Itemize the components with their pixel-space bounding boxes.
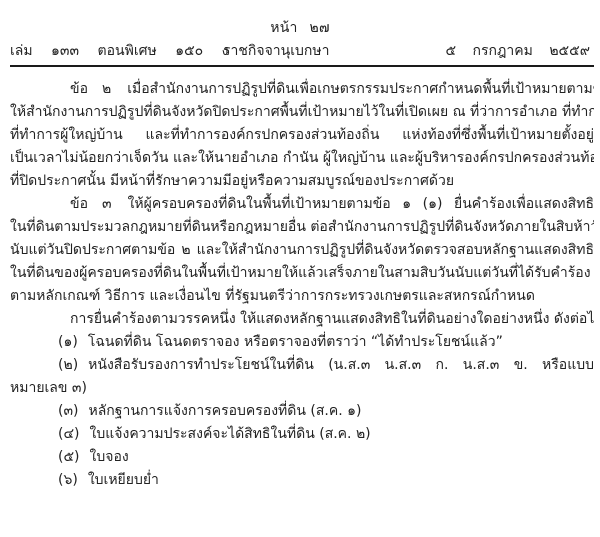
clause-2-line-3: ที่ทำการผู้ใหญ่บ้าน และที่ทำการองค์กรปกค… <box>10 124 594 147</box>
clause-2-line-5: ที่ปิดประกาศนั้น มีหน้าที่รักษาความมีอยู… <box>10 170 594 193</box>
page-number: หน้า๒๗ <box>0 17 600 39</box>
item-number: (๕) <box>58 449 80 465</box>
list-item-continuation: หมายเลข ๓) <box>10 377 594 400</box>
volume-number: ๑๓๓ <box>51 43 79 59</box>
item-number: (๓) <box>58 403 79 419</box>
volume-issue: เล่ม ๑๓๓ ตอนพิเศษ ๑๕๐ ง <box>10 40 243 62</box>
clause-3-line-1: ข้อ๓ให้ผู้ครอบครองที่ดินในพื้นที่เป้าหมา… <box>10 193 594 216</box>
clause-3-number: ๓ <box>102 196 112 212</box>
item-number: (๑) <box>58 334 78 350</box>
clause-2-text: เมื่อสำนักงานการปฏิรูปที่ดินเพื่อเกษตรกร… <box>127 81 594 97</box>
clause-3-label: ข้อ <box>70 196 88 212</box>
clause-2-number: ๒ <box>102 81 111 97</box>
list-item: (๑)โฉนดที่ดิน โฉนดตราจอง หรือตราจองที่ตร… <box>10 331 594 354</box>
issue-number: ๑๕๐ <box>175 43 203 59</box>
list-item: (๕)ใบจอง <box>10 446 594 469</box>
list-item: (๔)ใบแจ้งความประสงค์จะได้สิทธิในที่ดิน (… <box>10 423 594 446</box>
item-text: หนังสือรับรองการทำประโยชน์ในที่ดิน (น.ส.… <box>88 357 594 373</box>
list-item: (๓)หลักฐานการแจ้งการครอบครองที่ดิน (ส.ค.… <box>10 400 594 423</box>
item-text: โฉนดที่ดิน โฉนดตราจอง หรือตราจองที่ตราว่… <box>88 334 503 350</box>
clause-2-line-2: ให้สำนักงานการปฏิรูปที่ดินจังหวัดปิดประก… <box>10 101 594 124</box>
item-number: (๒) <box>58 357 78 373</box>
volume-label: เล่ม <box>10 43 33 59</box>
item-text: ใบแจ้งความประสงค์จะได้สิทธิในที่ดิน (ส.ค… <box>90 426 371 442</box>
item-text: ใบจอง <box>90 449 129 465</box>
page-number-value: ๒๗ <box>310 20 330 36</box>
gazette-page: หน้า๒๗ เล่ม ๑๓๓ ตอนพิเศษ ๑๕๐ ง ราชกิจจาน… <box>0 0 600 537</box>
page-label: หน้า <box>270 20 297 36</box>
item-number: (๖) <box>58 472 78 488</box>
clause-2-line-4: เป็นเวลาไม่น้อยกว่าเจ็ดวัน และให้นายอำเภ… <box>10 147 594 170</box>
clause-2-label: ข้อ <box>70 81 88 97</box>
clause-3-line-4: ในที่ดินของผู้ครอบครองที่ดินในพื้นที่เป้… <box>10 262 594 285</box>
item-text: ใบเหยียบย่ำ <box>88 472 159 488</box>
clause-3-text: ให้ผู้ครอบครองที่ดินในพื้นที่เป้าหมายตาม… <box>128 196 594 212</box>
header-divider <box>10 65 594 67</box>
publication-title: ราชกิจจานุเบกษา <box>223 40 329 62</box>
publication-date: ๕ กรกฎาคม ๒๕๕๙ <box>433 40 590 62</box>
item-text: หลักฐานการแจ้งการครอบครองที่ดิน (ส.ค. ๑) <box>89 403 362 419</box>
clause-2-line-1: ข้อ๒เมื่อสำนักงานการปฏิรูปที่ดินเพื่อเกษ… <box>10 78 594 101</box>
clause-3-line-2: ในที่ดินตามประมวลกฎหมายที่ดินหรือกฎหมายอ… <box>10 216 594 239</box>
clause-3-paragraph-2: การยื่นคำร้องตามวรรคหนึ่ง ให้แสดงหลักฐาน… <box>10 308 594 331</box>
date-month: กรกฎาคม <box>473 43 533 59</box>
list-item: (๒)หนังสือรับรองการทำประโยชน์ในที่ดิน (น… <box>10 354 594 377</box>
clause-3-line-5: ตามหลักเกณฑ์ วิธีการ และเงื่อนไข ที่รัฐม… <box>10 285 594 308</box>
date-day: ๕ <box>445 43 456 59</box>
clause-3-line-3: นับแต่วันปิดประกาศตามข้อ ๒ และให้สำนักงา… <box>10 239 594 262</box>
document-body: ข้อ๒เมื่อสำนักงานการปฏิรูปที่ดินเพื่อเกษ… <box>10 78 594 492</box>
issue-label: ตอนพิเศษ <box>98 43 157 59</box>
running-header: เล่ม ๑๓๓ ตอนพิเศษ ๑๕๐ ง ราชกิจจานุเบกษา … <box>10 40 594 62</box>
item-number: (๔) <box>58 426 80 442</box>
date-year: ๒๕๕๙ <box>549 43 590 59</box>
list-item: (๖)ใบเหยียบย่ำ <box>10 469 594 492</box>
